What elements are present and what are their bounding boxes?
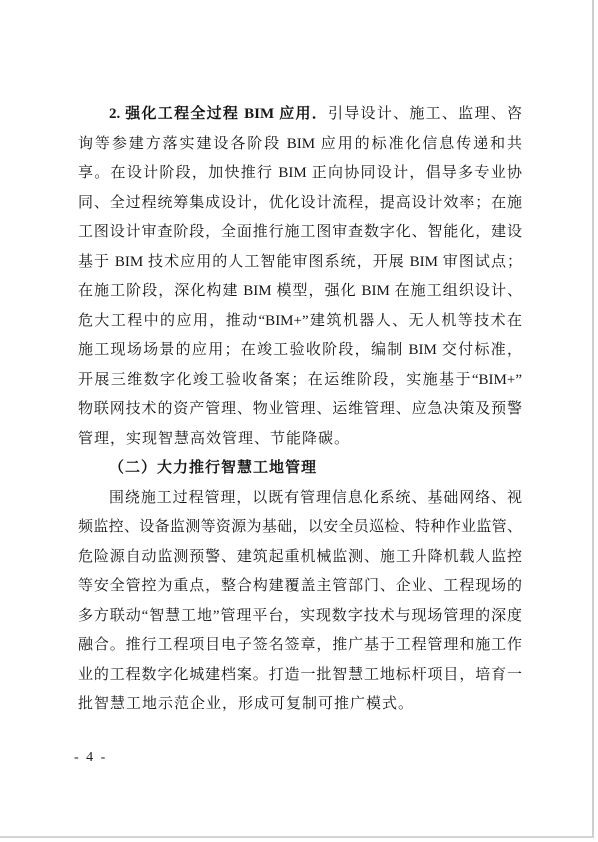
run-in-heading: 2. 强化工程全过程 BIM 应用． (109, 106, 328, 122)
paragraph-line: 享。在设计阶段，加快推行 BIM 正向协同设计，倡导多专业协 (78, 159, 522, 189)
paragraph-line: 批智慧工地示范企业，形成可复制可推广模式。 (78, 690, 522, 720)
paragraph-line: 基于 BIM 技术应用的人工智能审图系统，开展 BIM 审图试点； (78, 248, 522, 278)
page-number: - 4 - (74, 750, 107, 766)
paragraph-line: 频监控、设备监测等资源为基础，以安全员巡检、特种作业监管、 (78, 513, 522, 543)
paragraph-line: 开展三维数字化竣工验收备案；在运维阶段，实施基于“BIM+” (78, 366, 522, 396)
paragraph-line: 2. 强化工程全过程 BIM 应用．引导设计、施工、监理、咨 (78, 100, 522, 130)
paragraph-line: 等安全管控为重点，整合构建覆盖主管部门、企业、工程现场的 (78, 572, 522, 602)
page-content: 2. 强化工程全过程 BIM 应用．引导设计、施工、监理、咨 询等参建方落实建设… (78, 100, 522, 720)
paragraph-line: 在施工阶段，深化构建 BIM 模型，强化 BIM 在施工组织设计、 (78, 277, 522, 307)
paragraph-line: 危险源自动监测预警、建筑起重机械监测、施工升降机载人监控 (78, 543, 522, 573)
paragraph-line: 业的工程数字化城建档案。打造一批智慧工地标杆项目，培育一 (78, 661, 522, 691)
paragraph-line: 物联网技术的资产管理、物业管理、运维管理、应急决策及预警 (78, 395, 522, 425)
paragraph-line: 施工现场场景的应用；在竣工验收阶段，编制 BIM 交付标准， (78, 336, 522, 366)
paragraph-line: 同、全过程统筹集成设计，优化设计流程，提高设计效率；在施 (78, 189, 522, 219)
paragraph-line: 询等参建方落实建设各阶段 BIM 应用的标准化信息传递和共 (78, 130, 522, 160)
document-page: 2. 强化工程全过程 BIM 应用．引导设计、施工、监理、咨 询等参建方落实建设… (0, 0, 594, 838)
paragraph-line: 危大工程中的应用，推动“BIM+”建筑机器人、无人机等技术在 (78, 307, 522, 337)
paragraph-line: 围绕施工过程管理，以既有管理信息化系统、基础网络、视 (78, 484, 522, 514)
section-heading: （二）大力推行智慧工地管理 (78, 454, 522, 484)
paragraph-line: 工图设计审查阶段，全面推行施工图审查数字化、智能化，建设 (78, 218, 522, 248)
paragraph-line: 管理，实现智慧高效管理、节能降碳。 (78, 425, 522, 455)
paragraph-line: 多方联动“智慧工地”管理平台，实现数字技术与现场管理的深度 (78, 602, 522, 632)
paragraph-text: 引导设计、施工、监理、咨 (328, 106, 522, 122)
paragraph-line: 融合。推行工程项目电子签名签章，推广基于工程管理和施工作 (78, 631, 522, 661)
